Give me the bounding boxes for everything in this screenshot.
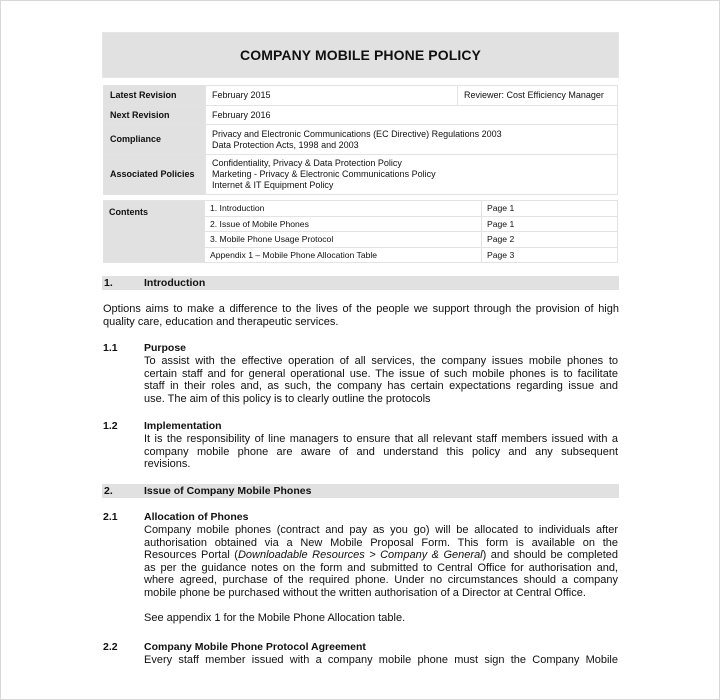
subsection-title: Implementation <box>144 420 222 432</box>
text-line: It is the responsibility of line manager… <box>144 433 618 446</box>
associated-policies-value: Confidentiality, Privacy & Data Protecti… <box>206 155 618 195</box>
text-line: Every staff member issued with a company… <box>144 654 618 667</box>
next-revision-value: February 2016 <box>206 106 618 125</box>
text-line: To assist with the effective operation o… <box>144 355 618 368</box>
revision-table: Latest Revision February 2015 Reviewer: … <box>103 85 618 195</box>
table-row: Latest Revision February 2015 Reviewer: … <box>104 86 618 106</box>
latest-revision-label: Latest Revision <box>104 86 206 106</box>
text-line: Resources Portal (Downloadable Resources… <box>144 549 618 562</box>
compliance-label: Compliance <box>104 125 206 155</box>
text-line: use. The aim of this policy is to clearl… <box>144 393 618 406</box>
latest-revision-value: February 2015 <box>206 86 458 106</box>
text-line: where agreed, purchase of the required p… <box>144 574 618 587</box>
policy-line: Marketing - Privacy & Electronic Communi… <box>212 169 611 180</box>
section-heading-issue-of-phones: 2. Issue of Company Mobile Phones <box>102 484 619 498</box>
text-line: authorisation obtained via a New Mobile … <box>144 537 618 550</box>
contents-table: Contents 1. Introduction Page 1 2. Issue… <box>103 200 618 263</box>
policy-line: Internet & IT Equipment Policy <box>212 180 611 191</box>
resources-portal-path: Downloadable Resources > Company & Gener… <box>238 549 483 561</box>
compliance-line: Data Protection Acts, 1998 and 2003 <box>212 140 611 151</box>
subsection-title: Purpose <box>144 342 186 354</box>
appendix-note: See appendix 1 for the Mobile Phone Allo… <box>144 612 618 625</box>
section-title: Introduction <box>144 277 205 289</box>
text-segment: Resources Portal ( <box>144 549 238 561</box>
reviewer-value: Reviewer: Cost Efficiency Manager <box>458 86 618 106</box>
subsection-number: 1.1 <box>103 342 118 354</box>
protocol-agreement-paragraph: Every staff member issued with a company… <box>144 654 618 667</box>
purpose-paragraph: To assist with the effective operation o… <box>144 355 618 405</box>
contents-label: Contents <box>104 201 205 263</box>
subsection-number: 1.2 <box>103 420 118 432</box>
section-title: Issue of Company Mobile Phones <box>144 485 311 497</box>
contents-item-title[interactable]: 3. Mobile Phone Usage Protocol <box>205 232 482 248</box>
associated-policies-label: Associated Policies <box>104 155 206 195</box>
subsection-number: 2.1 <box>103 511 118 523</box>
compliance-line: Privacy and Electronic Communications (E… <box>212 129 611 140</box>
text-line: mobile phone be purchased without the wr… <box>144 587 618 600</box>
text-line: Options aims to make a difference to the… <box>103 303 619 316</box>
section-number: 1. <box>102 277 144 289</box>
text-line: as per the guidance notes on the form an… <box>144 562 618 575</box>
text-line: revisions. <box>144 458 618 471</box>
contents-item-title[interactable]: Appendix 1 – Mobile Phone Allocation Tab… <box>205 247 482 263</box>
text-line: company mobile phone are aware of and un… <box>144 446 618 459</box>
text-line: staff in their roles and, as such, the c… <box>144 380 618 393</box>
section-heading-introduction: 1. Introduction <box>102 276 619 290</box>
table-row: Next Revision February 2016 <box>104 106 618 125</box>
next-revision-label: Next Revision <box>104 106 206 125</box>
subsection-number: 2.2 <box>103 641 118 653</box>
compliance-value: Privacy and Electronic Communications (E… <box>206 125 618 155</box>
contents-item-title[interactable]: 2. Issue of Mobile Phones <box>205 216 482 232</box>
subsection-title: Allocation of Phones <box>144 511 248 523</box>
contents-item-page: Page 1 <box>482 201 618 217</box>
text-segment: ) and should be completed <box>483 549 618 561</box>
document-title: COMPANY MOBILE PHONE POLICY <box>102 32 619 78</box>
contents-item-title[interactable]: 1. Introduction <box>205 201 482 217</box>
text-line: certain staff and for general operationa… <box>144 368 618 381</box>
introduction-paragraph: Options aims to make a difference to the… <box>103 303 619 328</box>
table-row: Contents 1. Introduction Page 1 <box>104 201 618 217</box>
policy-line: Confidentiality, Privacy & Data Protecti… <box>212 158 611 169</box>
table-row: Compliance Privacy and Electronic Commun… <box>104 125 618 155</box>
subsection-title: Company Mobile Phone Protocol Agreement <box>144 641 366 653</box>
contents-item-page: Page 1 <box>482 216 618 232</box>
contents-item-page: Page 3 <box>482 247 618 263</box>
section-number: 2. <box>102 485 144 497</box>
table-row: Associated Policies Confidentiality, Pri… <box>104 155 618 195</box>
document-page: COMPANY MOBILE PHONE POLICY Latest Revis… <box>0 0 720 700</box>
text-line: Company mobile phones (contract and pay … <box>144 524 618 537</box>
contents-item-page: Page 2 <box>482 232 618 248</box>
implementation-paragraph: It is the responsibility of line manager… <box>144 433 618 471</box>
text-line: quality care, education and therapeutic … <box>103 316 619 329</box>
allocation-paragraph: Company mobile phones (contract and pay … <box>144 524 618 600</box>
